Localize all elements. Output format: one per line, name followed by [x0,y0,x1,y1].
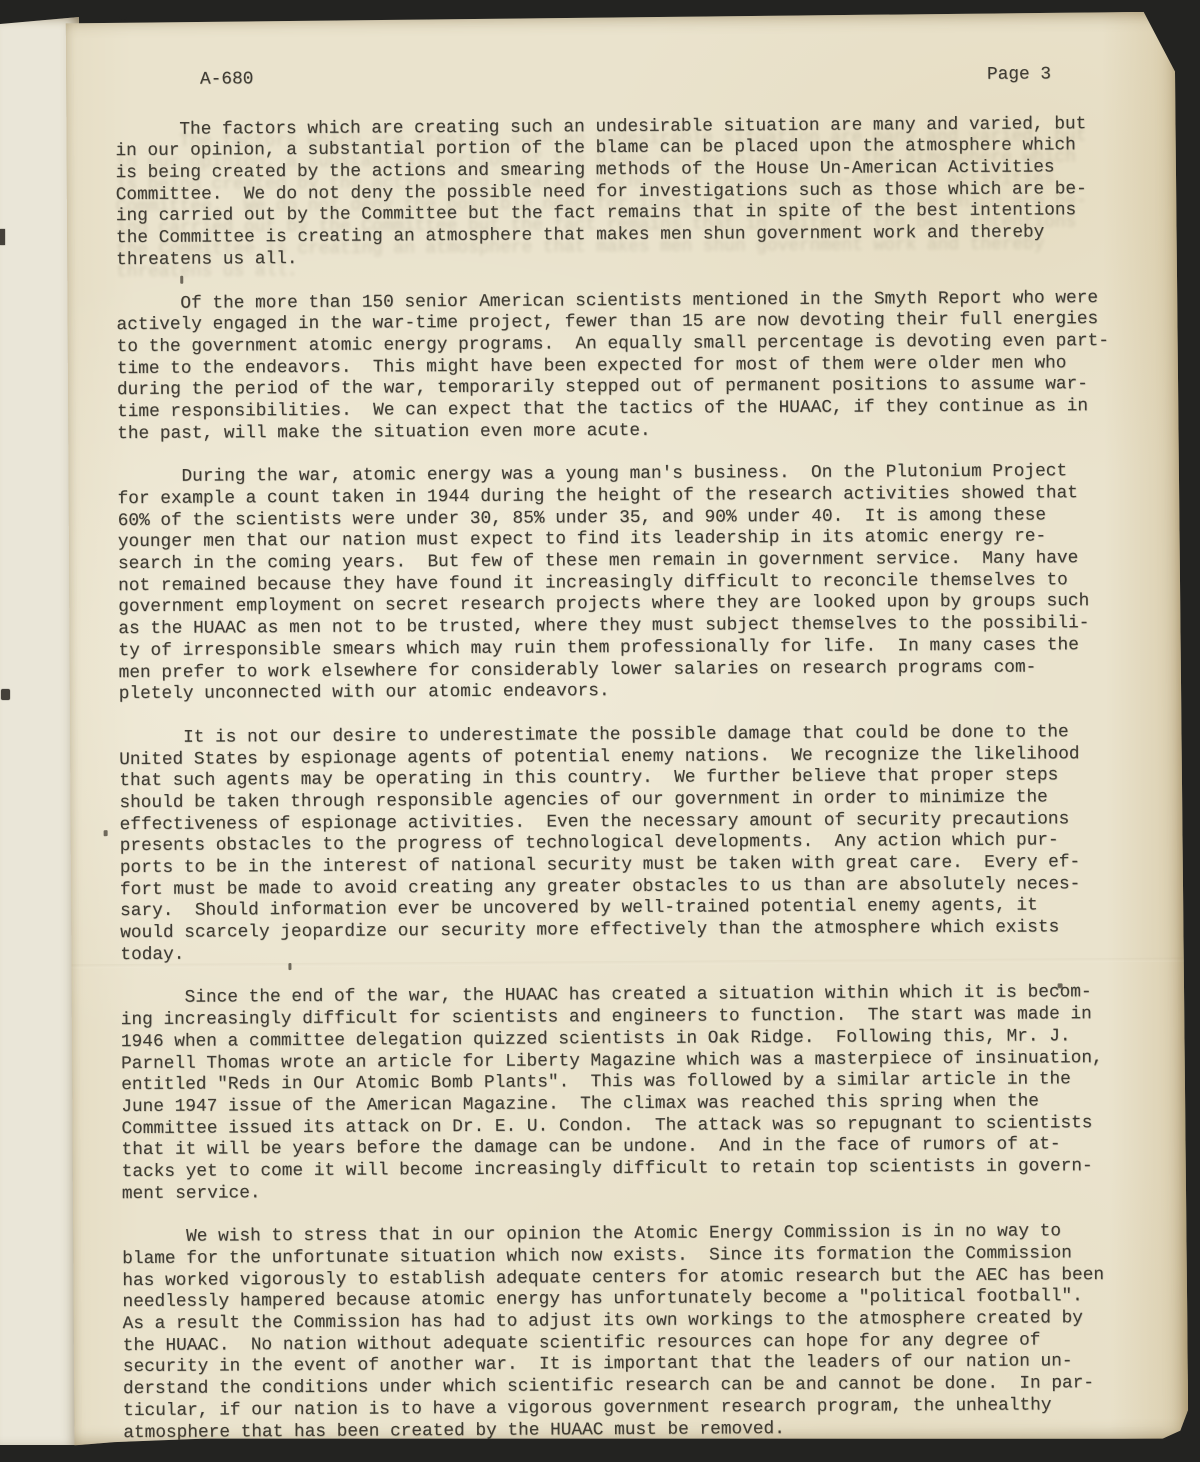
paragraph: We wish to stress that in our opinion th… [122,1221,1138,1444]
document-body: The factors which are creating such an u… [115,114,1138,1445]
page-number: Page 3 [987,64,1051,86]
ink-speck [180,276,183,284]
ink-speck [288,963,291,970]
paragraph: Of the more than 150 senior American sci… [116,287,1132,445]
paragraph: It is not our desire to underestimate th… [119,722,1135,967]
ink-speck [104,830,108,836]
glyph-fragment [1,689,10,700]
paragraph: Since the end of the war, the HUAAC has … [121,982,1137,1205]
page-text: A-680 Page 3 The factors which are creat… [115,64,1139,1462]
text-line: pletely unconnected with our atomic ende… [119,678,1134,706]
paragraph: During the war, atomic energy was a youn… [117,461,1133,706]
ink-speck [1058,983,1063,988]
document-page: A-680 Page 3 The factors which are creat… [66,12,1189,1446]
doc-number: A-680 [200,69,253,91]
glyph-fragment [0,229,5,245]
paper-notch [119,14,127,20]
scan-background: A-680 Page 3 The factors which are creat… [0,0,1200,1462]
paragraph: The factors which are creating such an u… [115,114,1131,272]
document-header: A-680 Page 3 [115,64,1130,92]
